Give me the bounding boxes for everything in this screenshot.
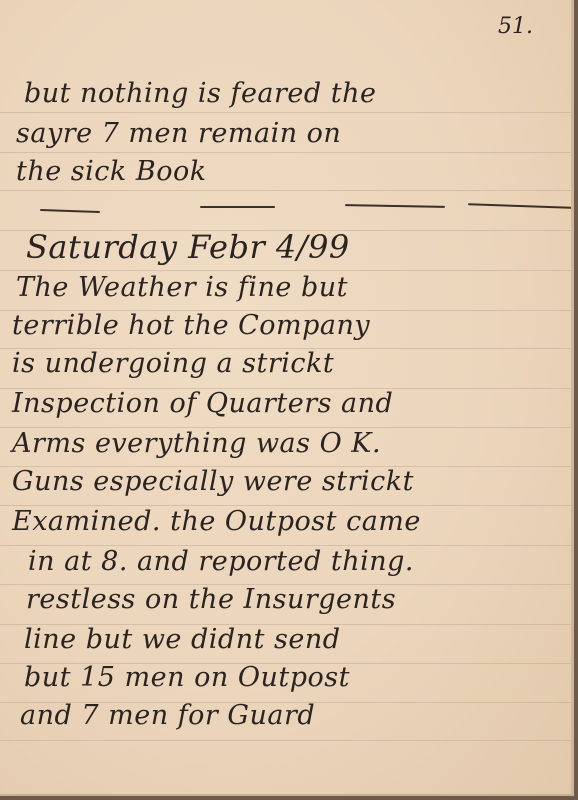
- divider-stroke: [200, 206, 275, 208]
- ruled-line: [0, 270, 571, 271]
- divider-stroke: [345, 204, 445, 208]
- text-line: restless on the Insurgents: [26, 584, 396, 615]
- text-line: Guns especially were strickt: [12, 466, 414, 497]
- text-line: sayre 7 men remain on: [16, 118, 341, 149]
- divider-stroke: [40, 209, 100, 213]
- divider-stroke: [468, 203, 573, 209]
- text-line: is undergoing a strickt: [12, 348, 334, 379]
- ruled-line: [0, 740, 571, 741]
- text-line: and 7 men for Guard: [20, 700, 315, 731]
- journal-page: 51. but nothing is feared the sayre 7 me…: [0, 0, 574, 796]
- text-line: Arms everything was O K.: [12, 428, 381, 459]
- ruled-line: [0, 112, 571, 113]
- ruled-line: [0, 190, 571, 191]
- text-line: terrible hot the Company: [12, 310, 370, 341]
- page-number: 51.: [498, 14, 533, 39]
- text-line: line but we didnt send: [24, 624, 341, 655]
- text-line: Examined. the Outpost came: [12, 506, 421, 537]
- text-line: but 15 men on Outpost: [24, 662, 350, 693]
- text-line: in at 8. and reported thing.: [28, 546, 414, 577]
- text-line: but nothing is feared the: [24, 78, 377, 109]
- text-line: the sick Book: [16, 156, 207, 187]
- text-line: Inspection of Quarters and: [12, 388, 393, 419]
- entry-heading: Saturday Febr 4/99: [26, 228, 350, 266]
- ruled-line: [0, 152, 571, 153]
- text-line: The Weather is fine but: [16, 272, 348, 303]
